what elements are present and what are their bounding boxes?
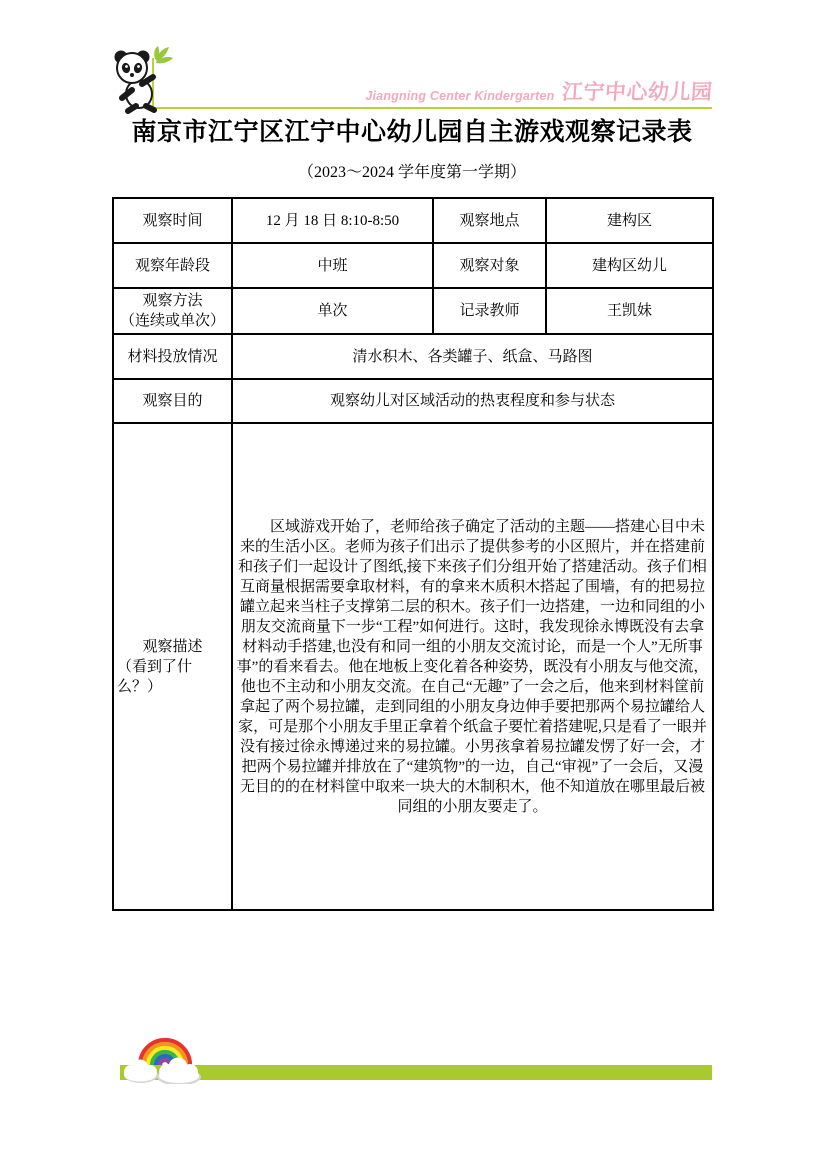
panda-climbing-icon: [112, 46, 174, 114]
header-horizontal-line: [152, 107, 712, 109]
brand-chinese-name: 江宁中心幼儿园: [560, 76, 713, 106]
page-title: 南京市江宁区江宁中心幼儿园自主游戏观察记录表: [112, 112, 712, 148]
label-observation-target: 观察对象: [433, 243, 546, 288]
value-observation-target: 建构区幼儿: [546, 243, 713, 288]
table-row: 观察方法 （连续或单次） 单次 记录教师 王凯妹: [113, 288, 713, 334]
table-row: 材料投放情况 清水积木、各类罐子、纸盒、马路图: [113, 334, 713, 379]
label-observation-description-line1: 观察描述: [117, 637, 228, 657]
brand-english-name: Jiangning Center Kindergarten: [365, 89, 554, 106]
label-observation-description: 观察描述 （看到了什 么？）: [113, 423, 232, 910]
document-page: Jiangning Center Kindergarten 江宁中心幼儿园 南京…: [0, 0, 827, 1170]
table-row: 观察目的 观察幼儿对区域活动的热衷程度和参与状态: [113, 379, 713, 423]
value-materials: 清水积木、各类罐子、纸盒、马路图: [232, 334, 713, 379]
table-row: 观察年龄段 中班 观察对象 建构区幼儿: [113, 243, 713, 288]
label-observation-method-line2: （连续或单次）: [117, 311, 228, 331]
label-observation-goal: 观察目的: [113, 379, 232, 423]
table-row: 观察描述 （看到了什 么？） 区域游戏开始了，老师给孩子确定了活动的主题——搭建…: [113, 423, 713, 910]
table-row: 观察时间 12 月 18 日 8:10-8:50 观察地点 建构区: [113, 198, 713, 243]
label-observation-time: 观察时间: [113, 198, 232, 243]
page-subtitle: （2023～2024 学年度第一学期）: [112, 159, 712, 182]
label-observation-description-line2: （看到了什 么？）: [117, 657, 228, 697]
observation-description-paragraph: 区域游戏开始了，老师给孩子确定了活动的主题——搭建心目中未来的生活小区。老师为孩…: [236, 517, 709, 817]
label-observation-method: 观察方法 （连续或单次）: [113, 288, 232, 334]
value-observation-description: 区域游戏开始了，老师给孩子确定了活动的主题——搭建心目中未来的生活小区。老师为孩…: [232, 423, 713, 910]
label-observation-place: 观察地点: [433, 198, 546, 243]
kindergarten-brand: Jiangning Center Kindergarten 江宁中心幼儿园: [365, 74, 712, 106]
observation-record-table: 观察时间 12 月 18 日 8:10-8:50 观察地点 建构区 观察年龄段 …: [112, 197, 714, 911]
rainbow-clouds-icon: [121, 1019, 209, 1084]
value-recording-teacher: 王凯妹: [546, 288, 713, 334]
label-materials: 材料投放情况: [113, 334, 232, 379]
value-observation-time: 12 月 18 日 8:10-8:50: [232, 198, 433, 243]
value-age-group: 中班: [232, 243, 433, 288]
value-observation-goal: 观察幼儿对区域活动的热衷程度和参与状态: [232, 379, 713, 423]
label-recording-teacher: 记录教师: [433, 288, 546, 334]
label-age-group: 观察年龄段: [113, 243, 232, 288]
label-observation-method-line1: 观察方法: [117, 291, 228, 311]
value-observation-method: 单次: [232, 288, 433, 334]
value-observation-place: 建构区: [546, 198, 713, 243]
bamboo-leaves-icon: [154, 46, 173, 63]
